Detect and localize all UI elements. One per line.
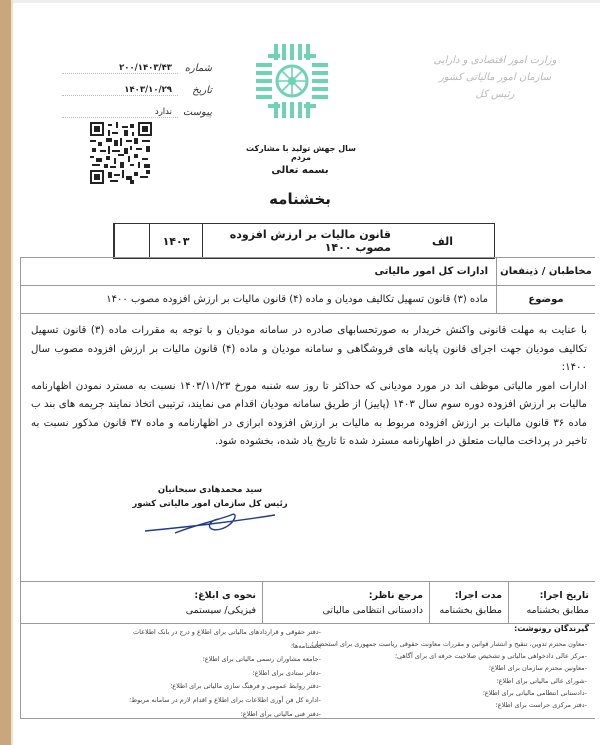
letter-meta: شماره ۲۰۰/۱۴۰۳/۴۳ تاریخ ۱۴۰۳/۱۰/۲۹ پیوست…: [62, 52, 212, 118]
cc-title: گیرندگان رونوشت:: [514, 624, 589, 633]
ministry-letterhead: وزارت امور اقتصادی و دارایی سازمان امور …: [420, 52, 570, 103]
body-paragraph-intro: با عنایت به مهلت قانونی واکنش خریدار به …: [31, 322, 587, 378]
meta-label: پیوست: [178, 107, 212, 118]
cc-item: -مرکز عالی دادخواهی مالیاتی و تشخیص صلاح…: [307, 650, 587, 662]
exec-date-cell: تاریخ اجرا: مطابق بخشنامه: [508, 582, 595, 623]
document-type-title: بخشنامه: [230, 190, 370, 208]
body-section: با عنایت به مهلت قانونی واکنش خریدار به …: [20, 312, 595, 584]
audience-row: مخاطبان / ذینفعان ادارات کل امور مالیاتی: [21, 258, 595, 286]
supervisor-label: مرجع ناظر:: [263, 588, 423, 603]
cc-item: -معاون محترم تدوین، تنقیح و انتشار قوانی…: [307, 638, 587, 650]
cc-item: -معاونین محترم سازمان برای اطلاع؛: [307, 662, 587, 674]
cc-item: -دادستانی انتظامی مالیاتی برای اطلاع؛: [307, 687, 587, 699]
signatory-name: سید محمدهادی سبحانیان: [110, 483, 310, 497]
body-paragraph-directive: ادارات امور مالیاتی موظف اند در مورد مود…: [31, 378, 587, 452]
execution-table: تاریخ اجرا: مطابق بخشنامه مدت اجرا: مطاب…: [20, 581, 595, 624]
info-table: مخاطبان / ذینفعان ادارات کل امور مالیاتی…: [20, 257, 595, 314]
qr-code-icon: [90, 122, 152, 184]
ministry-line: وزارت امور اقتصادی و دارایی: [420, 52, 570, 69]
notify-method-label: نحوه ی ابلاغ:: [21, 588, 256, 603]
cc-item: -دفتر روابط عمومی و فرهنگ سازی مالیاتی ب…: [121, 680, 321, 694]
cc-item: -دفاتر ستادی برای اطلاع؛: [121, 667, 321, 681]
signatory-title: رئیس کل سازمان امور مالیاتی کشور: [110, 497, 310, 511]
classification-year-cell: ۱۴۰۳: [149, 224, 202, 258]
classification-blank-cell: [114, 224, 149, 258]
meta-date-row: تاریخ ۱۴۰۳/۱۰/۲۹: [62, 74, 212, 96]
ministry-line: سازمان امور مالیاتی کشور: [420, 69, 570, 86]
notify-method-cell: نحوه ی ابلاغ: فیزیکی/ سیستمی: [21, 582, 262, 623]
subject-label: موضوع: [496, 286, 595, 313]
supervisor-cell: مرجع ناظر: دادستانی انتظامی مالیاتی: [262, 582, 429, 623]
meta-number-row: شماره ۲۰۰/۱۴۰۳/۴۳: [62, 52, 212, 74]
subject-row: موضوع ماده (۳) قانون تسهیل تکالیف مودیان…: [21, 286, 595, 313]
supervisor-value: دادستانی انتظامی مالیاتی: [263, 603, 423, 618]
cc-item: -دفتر مرکزی حراست برای اطلاع؛: [307, 699, 587, 711]
exec-period-cell: مدت اجرا: مطابق بخشنامه: [429, 582, 508, 623]
tax-organization-logo-icon: [252, 40, 332, 122]
signature-block: سید محمدهادی سبحانیان رئیس کل سازمان امو…: [110, 483, 310, 537]
classification-section-cell: الف: [391, 224, 494, 258]
body-text: با عنایت به مهلت قانونی واکنش خریدار به …: [31, 322, 587, 452]
basmala-heading: بسمه تعالی: [250, 165, 350, 176]
exec-period-value: مطابق بخشنامه: [430, 603, 502, 618]
meta-number-value: ۲۰۰/۱۴۰۳/۴۳: [62, 63, 178, 74]
classification-law-cell: قانون مالیات بر ارزش افزوده مصوب ۱۴۰۰: [202, 224, 391, 258]
exec-date-value: مطابق بخشنامه: [509, 603, 589, 618]
cc-item: -شورای عالی مالیاتی برای اطلاع؛: [307, 675, 587, 687]
signature-scribble-icon: [135, 511, 285, 537]
meta-attachment-row: پیوست ندارد: [62, 96, 212, 118]
cc-recipients-box: گیرندگان رونوشت: -معاون محترم تدوین، تنق…: [20, 622, 595, 719]
audience-value: ادارات کل امور مالیاتی: [21, 258, 496, 285]
subject-value: ماده (۳) قانون تسهیل تکالیف مودیان و ماد…: [21, 286, 496, 313]
cc-item: -اداره کل فن آوری اطلاعات برای اطلاع و ا…: [121, 694, 321, 708]
meta-label: تاریخ: [178, 85, 212, 96]
meta-label: شماره: [178, 63, 212, 74]
meta-date-value: ۱۴۰۳/۱۰/۲۹: [62, 85, 178, 96]
cc-list-left: -دفتر حقوقی و قراردادهای مالیاتی برای اط…: [121, 626, 321, 721]
audience-label: مخاطبان / ذینفعان: [496, 258, 595, 285]
classification-table: ۱۴۰۳ قانون مالیات بر ارزش افزوده مصوب ۱۴…: [113, 223, 495, 259]
notify-method-value: فیزیکی/ سیستمی: [21, 603, 256, 618]
meta-attachment-value: ندارد: [62, 107, 178, 118]
year-slogan: سال جهش تولید با مشارکت مردم: [236, 144, 366, 162]
cc-item: -دفتر فنی مالیاتی برای اطلاع؛: [121, 708, 321, 722]
exec-date-label: تاریخ اجرا:: [509, 588, 589, 603]
cc-item: -دفتر حقوقی و قراردادهای مالیاتی برای اط…: [121, 626, 321, 653]
cc-list-right: -معاون محترم تدوین، تنقیح و انتشار قوانی…: [307, 638, 587, 711]
exec-period-label: مدت اجرا:: [430, 588, 502, 603]
scan-edge-left: [0, 0, 11, 745]
ministry-line: رئیس کل: [420, 86, 570, 103]
cc-item: -جامعه مشاوران رسمی مالیاتی برای اطلاع؛: [121, 653, 321, 667]
